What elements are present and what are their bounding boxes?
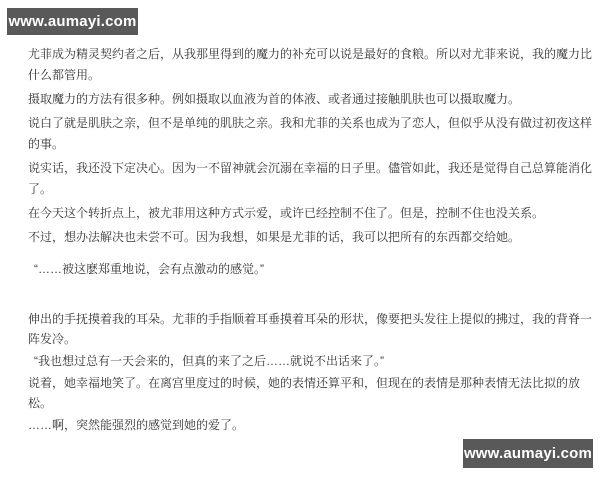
novel-text-body: 尤菲成为精灵契约者之后，从我那里得到的魔力的补充可以说是最好的食粮。所以对尤菲来… bbox=[0, 0, 600, 437]
paragraph: 摄取魔力的方法有很多种。例如摄取以血液为首的体液、或者通过接触肌肤也可以摄取魔力… bbox=[28, 89, 592, 110]
paragraph: 说实话，我还没下定决心。因为一不留神就会沉溺在幸福的日子里。儘管如此，我还是觉得… bbox=[28, 158, 592, 200]
paragraph: ……啊，突然能强烈的感觉到她的爱了。 bbox=[28, 415, 592, 435]
watermark-top-left: www.aumayi.com bbox=[7, 8, 138, 35]
paragraph: 尤菲成为精灵契约者之后，从我那里得到的魔力的补充可以说是最好的食粮。所以对尤菲来… bbox=[28, 44, 592, 86]
paragraph: 说着，她幸福地笑了。在离宫里度过的时候，她的表情还算平和，但现在的表情是那种表情… bbox=[28, 373, 592, 413]
dialogue-line: “我也想过总有一天会来的，但真的来了之后……就说不出话来了。” bbox=[28, 351, 592, 371]
paragraph: 不过，想办法解决也未尝不可。因为我想，如果是尤菲的话，我可以把所有的东西都交给她… bbox=[28, 227, 592, 248]
novel-page: 尤菲成为精灵契约者之后，从我那里得到的魔力的补充可以说是最好的食粮。所以对尤菲来… bbox=[0, 0, 600, 480]
dialogue-line: “……被这麽郑重地说，会有点激动的感觉。” bbox=[28, 259, 592, 280]
paragraph: 在今天这个转折点上，被尤菲用这种方式示爱，或许已经控制不住了。但是，控制不住也没… bbox=[28, 203, 592, 224]
watermark-bottom-right: www.aumayi.com bbox=[463, 439, 593, 468]
paragraph: 说白了就是肌肤之亲，但不是单纯的肌肤之亲。我和尤菲的关系也成为了恋人，但似乎从没… bbox=[28, 113, 592, 155]
paragraph: 伸出的手抚摸着我的耳朵。尤菲的手指顺着耳垂摸着耳朵的形状，像要把头发往上提似的拂… bbox=[28, 309, 592, 349]
